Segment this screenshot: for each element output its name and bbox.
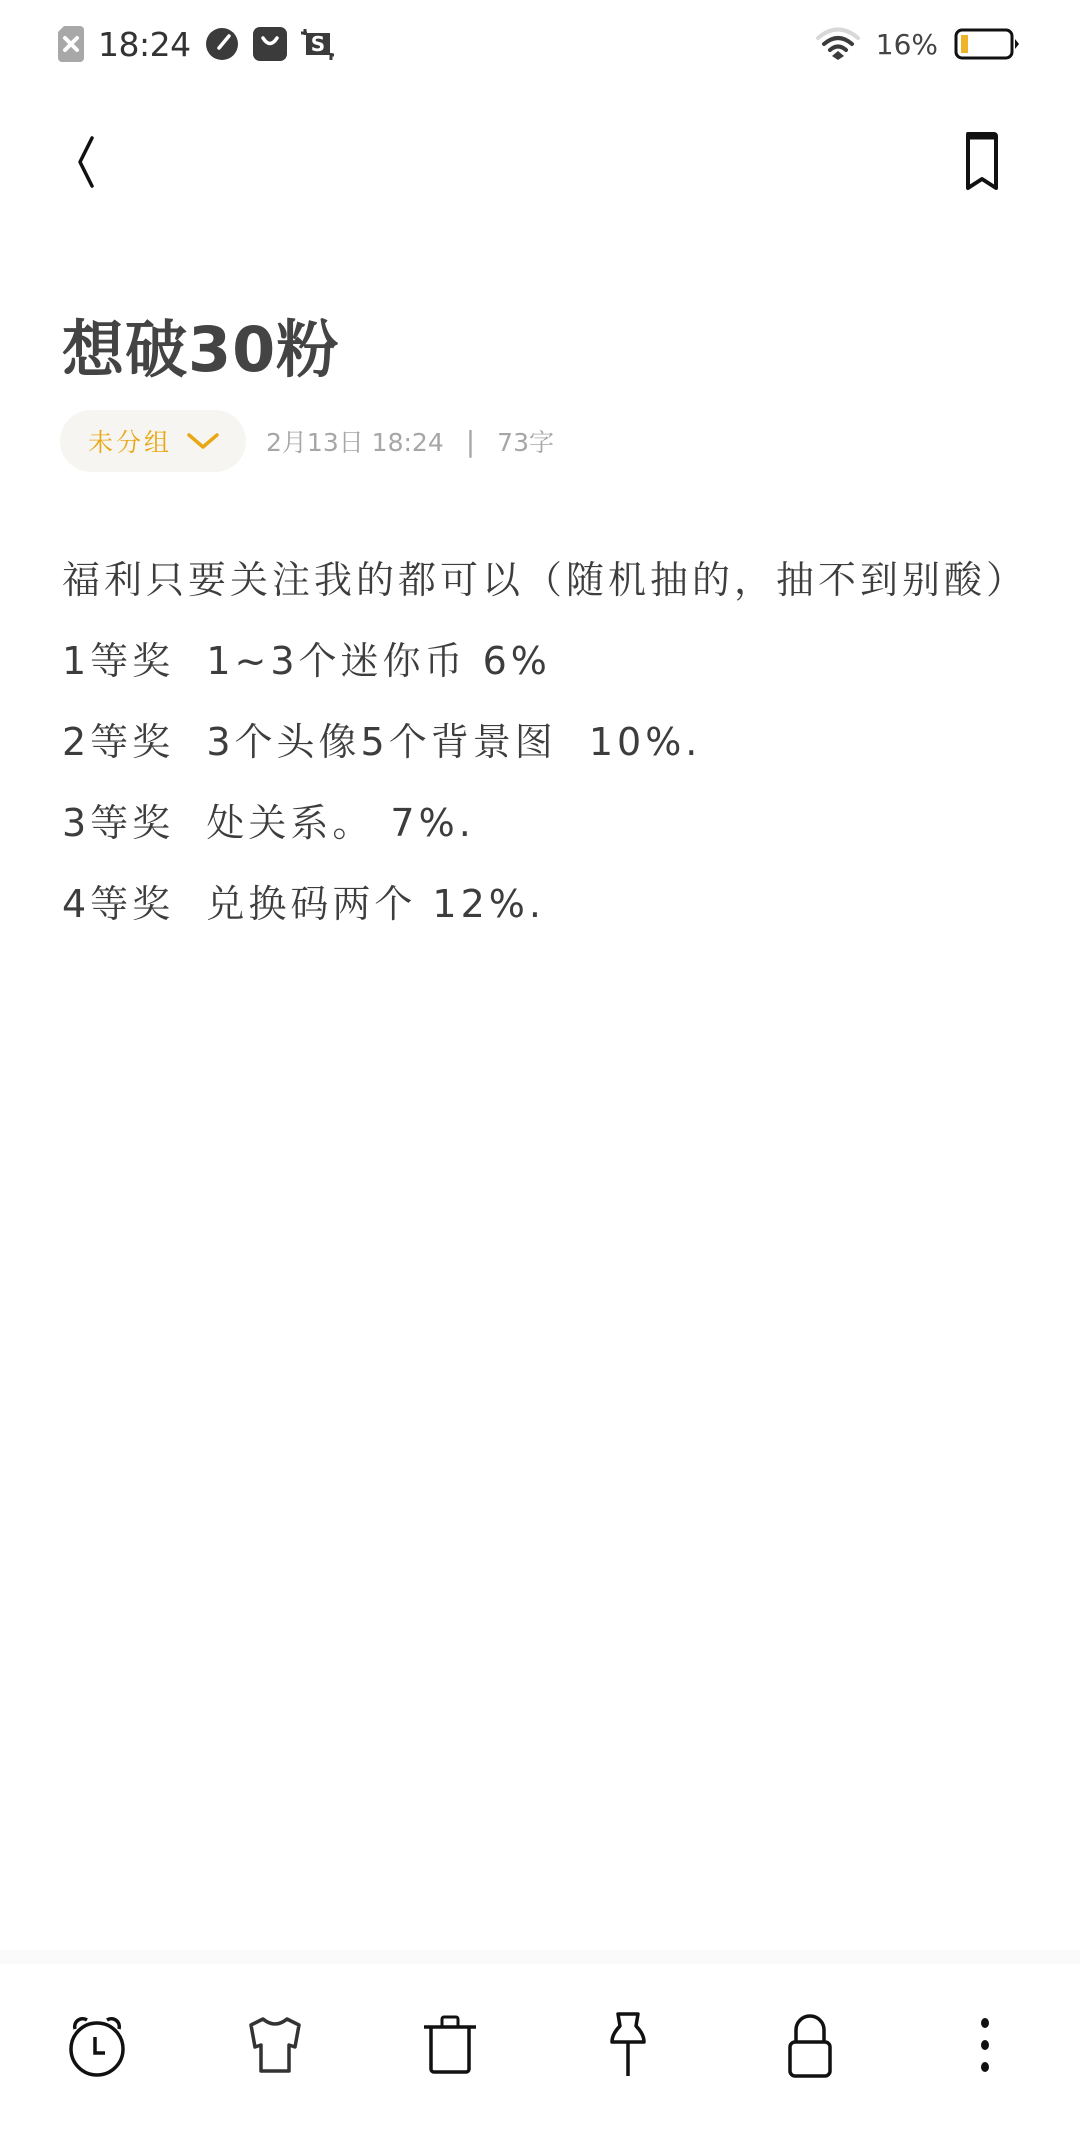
clock: 18:24 <box>98 25 191 64</box>
wifi-icon <box>816 27 860 61</box>
lock-icon <box>778 2010 842 2080</box>
more-vertical-icon <box>975 2013 995 2077</box>
note-line: 1等奖 1~3个迷你币 6% <box>62 621 1022 702</box>
word-count: 73字 <box>497 423 554 459</box>
group-selector[interactable]: 未分组 <box>60 410 246 472</box>
svg-text:S: S <box>310 32 324 56</box>
lock-button[interactable] <box>770 1990 850 2100</box>
pin-button[interactable] <box>588 1990 668 2100</box>
reminder-button[interactable] <box>57 1990 137 2100</box>
delete-button[interactable] <box>410 1990 490 2100</box>
theme-button[interactable] <box>235 1990 315 2100</box>
status-bar: 18:24 S 16% <box>0 0 1080 86</box>
note-line: 4等奖 兑换码两个 12%. <box>62 864 1022 945</box>
note-title[interactable]: 想破30粉 <box>62 300 339 389</box>
note-line: 3等奖 处关系。 7%. <box>62 783 1022 864</box>
tshirt-icon <box>243 2013 307 2077</box>
sim-error-icon <box>58 26 84 62</box>
note-line: 2等奖 3个头像5个背景图 10%. <box>62 702 1022 783</box>
battery-percent: 16% <box>876 28 938 61</box>
pushpin-icon <box>596 2010 660 2080</box>
status-bar-right: 16% <box>816 22 1020 66</box>
note-meta: 未分组 2月13日 18:24 | 73字 <box>60 410 554 472</box>
note-date: 2月13日 18:24 <box>266 423 444 459</box>
screenshot-crop-icon: S <box>301 27 335 61</box>
toolbar-divider <box>0 1950 1080 1964</box>
note-body[interactable]: 福利只要关注我的都可以（随机抽的，抽不到别酸） 1等奖 1~3个迷你币 6% 2… <box>62 540 1022 945</box>
chevron-left-icon <box>62 126 112 196</box>
trash-icon <box>418 2013 482 2077</box>
bottom-toolbar <box>0 1990 1080 2100</box>
bookmark-button[interactable] <box>952 120 1022 200</box>
group-label: 未分组 <box>88 423 172 459</box>
alarm-clock-icon <box>65 2013 129 2077</box>
battery-icon <box>954 27 1020 61</box>
status-bar-left: 18:24 S <box>58 22 335 66</box>
meta-separator: | <box>466 425 475 458</box>
back-button[interactable] <box>62 126 132 196</box>
shopping-bag-icon <box>253 27 287 61</box>
note-line: 福利只要关注我的都可以（随机抽的，抽不到别酸） <box>62 540 1022 621</box>
top-bar <box>0 110 1080 210</box>
more-button[interactable] <box>945 1990 1025 2100</box>
chevron-down-icon <box>186 430 220 452</box>
bookmark-icon <box>952 120 1022 200</box>
speedometer-icon <box>205 27 239 61</box>
